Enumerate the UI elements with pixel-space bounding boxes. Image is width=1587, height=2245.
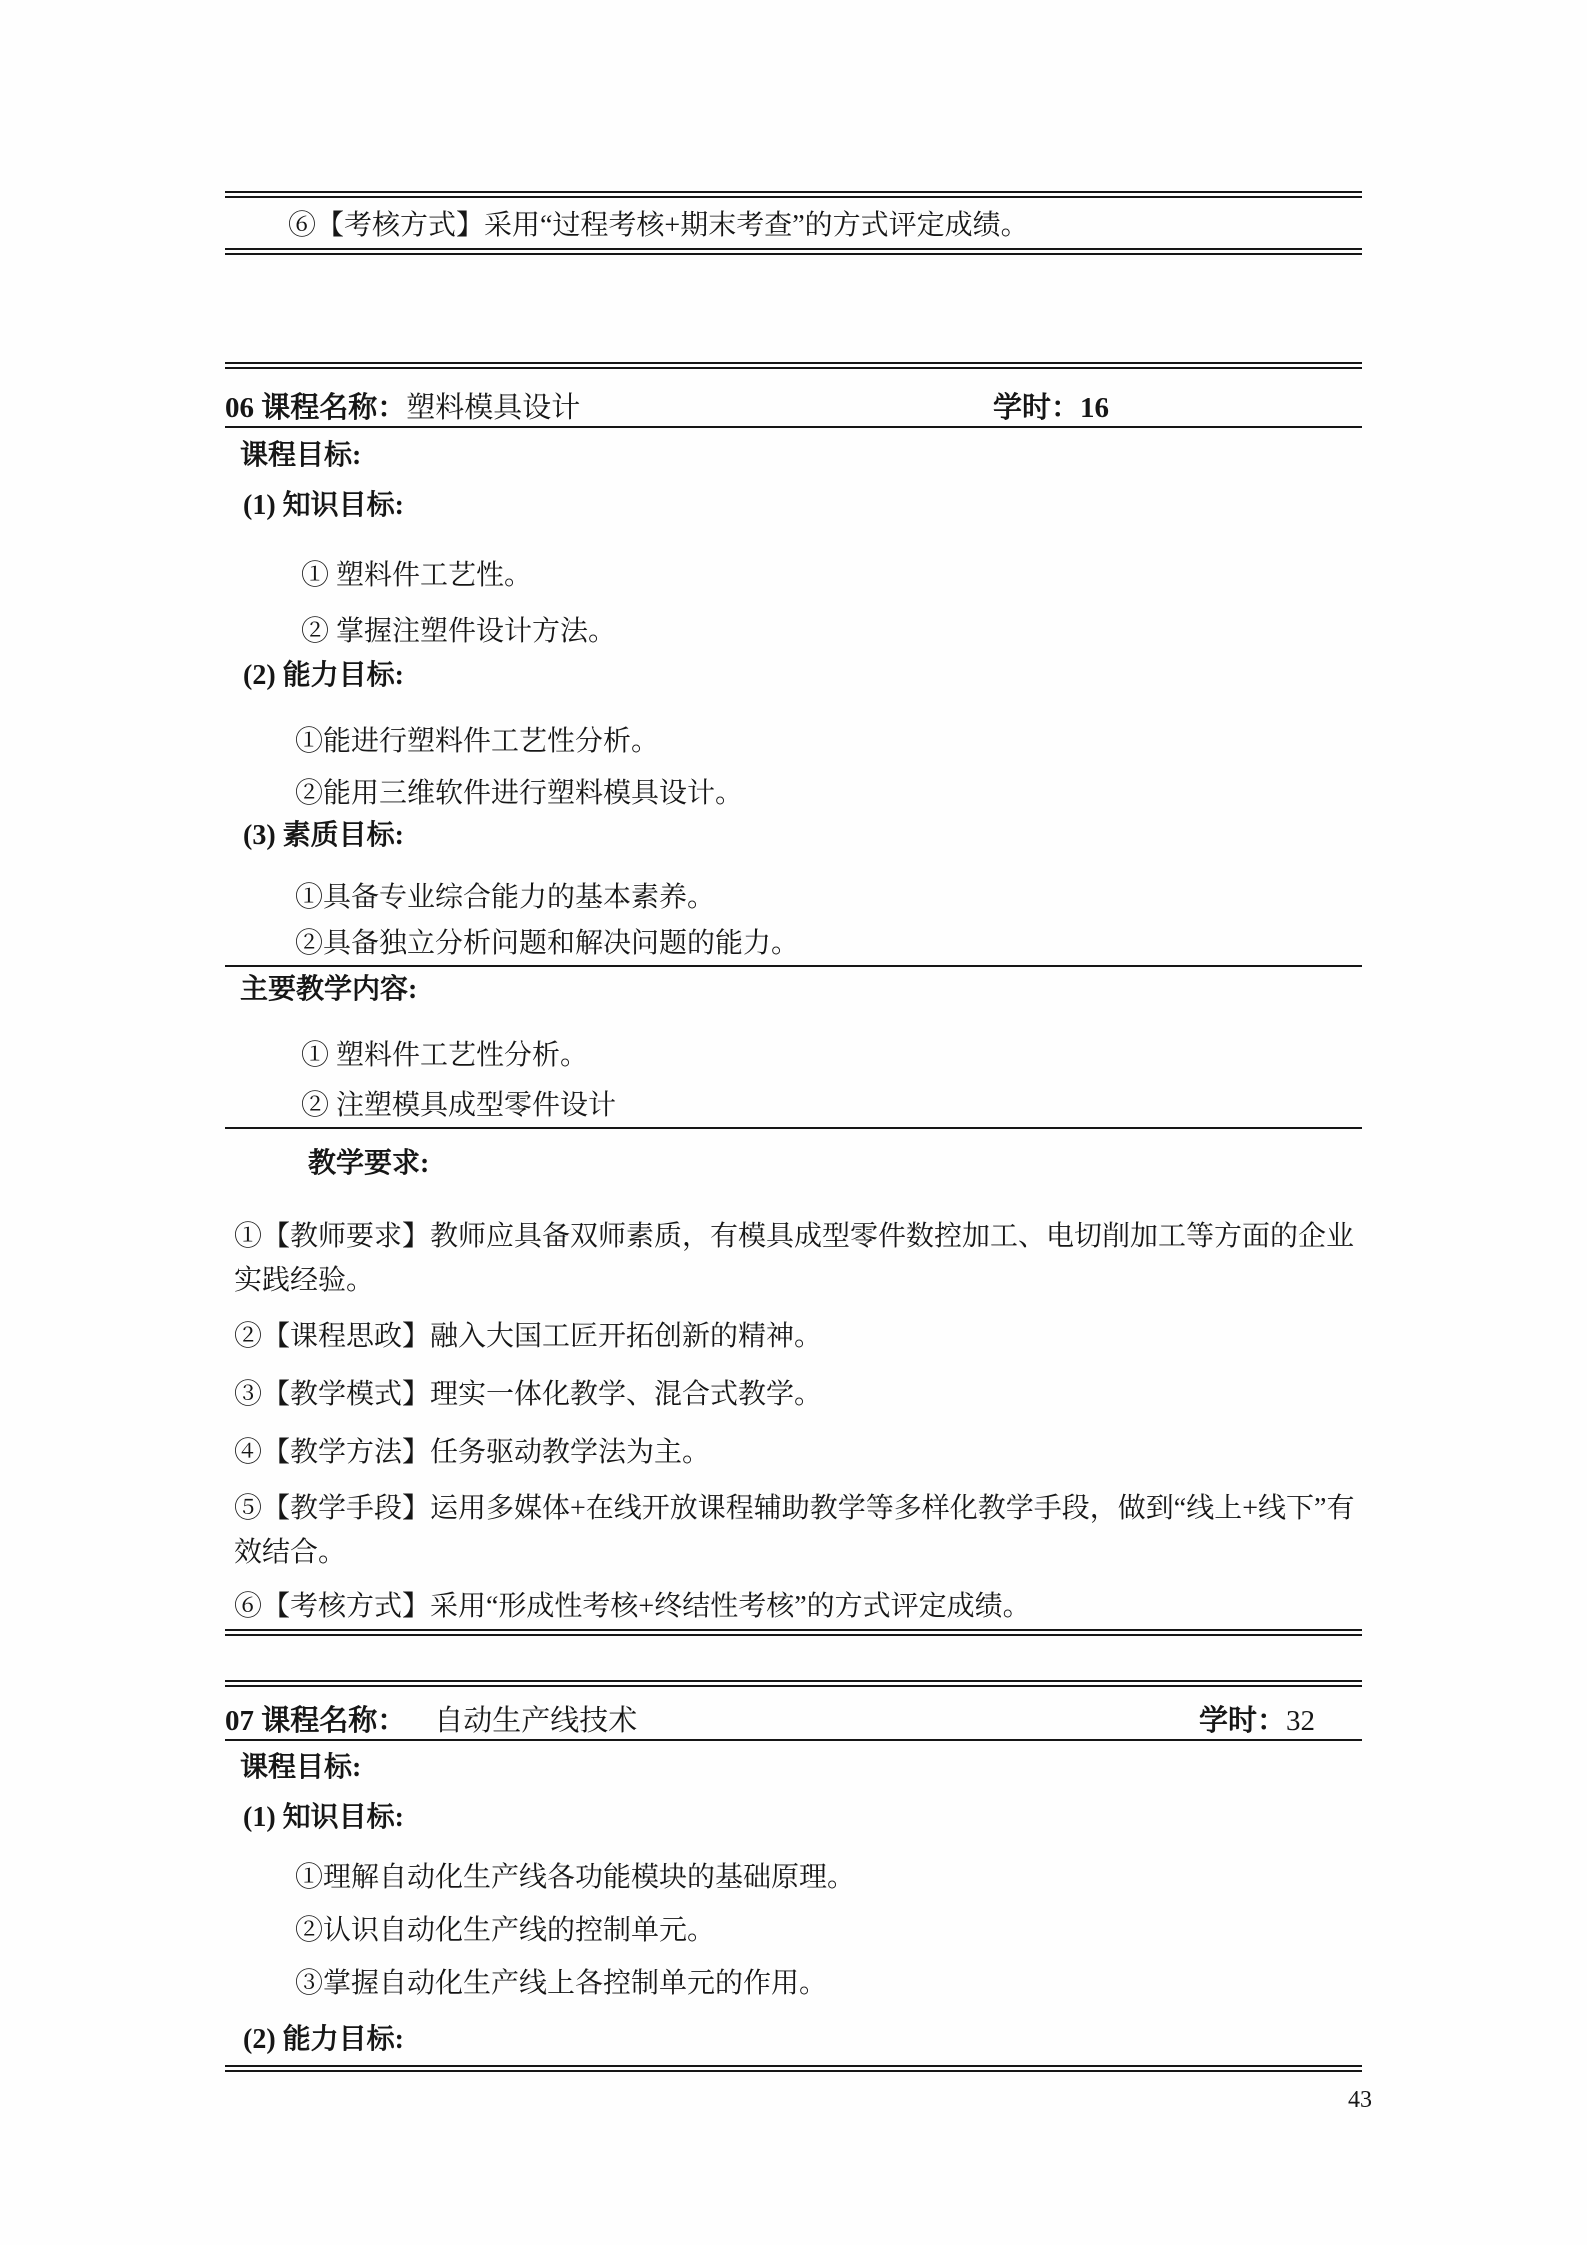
course-name: 自动生产线技术 <box>434 1705 637 1737</box>
knowledge-goals-heading: (1) 知识目标: <box>225 485 1362 527</box>
requirement-item: ①【教师要求】教师应具备双师素质，有模具成型零件数控加工、电切削加工等方面的企业… <box>225 1215 1362 1303</box>
divider-double <box>225 362 1362 369</box>
quality-item: ①具备专业综合能力的基本素养。 <box>225 877 1362 919</box>
content-item: ① 塑料件工艺性分析。 <box>225 1035 1362 1077</box>
teaching-content-heading: 主要教学内容: <box>225 969 1362 1011</box>
course-code-label: 07 课程名称： <box>225 1705 406 1737</box>
prev-course-assessment-item: ⑥【考核方式】采用“过程考核+期末考查”的方式评定成绩。 <box>225 205 1362 247</box>
document-page: ⑥【考核方式】采用“过程考核+期末考查”的方式评定成绩。 06 课程名称：塑料模… <box>0 0 1587 2245</box>
requirement-item: ⑥【考核方式】采用“形成性考核+终结性考核”的方式评定成绩。 <box>225 1585 1362 1629</box>
requirement-item: ③【教学模式】理实一体化教学、混合式教学。 <box>225 1373 1362 1417</box>
requirement-item: ④【教学方法】任务驱动教学法为主。 <box>225 1431 1362 1475</box>
page-number: 43 <box>1348 2086 1372 2114</box>
divider-double <box>225 1680 1362 1687</box>
course-code-label: 06 课程名称： <box>225 392 406 424</box>
course-hours: 学时：16 <box>993 390 1109 426</box>
ability-item: ①能进行塑料件工艺性分析。 <box>225 721 1362 763</box>
knowledge-item: ① 塑料件工艺性。 <box>225 555 1362 597</box>
divider-single <box>225 1739 1362 1741</box>
course-name: 塑料模具设计 <box>406 392 580 424</box>
content-item: ② 注塑模具成型零件设计 <box>225 1085 1362 1127</box>
divider-single <box>225 965 1362 967</box>
course-objectives-heading: 课程目标: <box>225 1747 1362 1789</box>
course-hours: 学时：32 <box>1199 1703 1315 1739</box>
knowledge-item: ③掌握自动化生产线上各控制单元的作用。 <box>225 1963 1362 2005</box>
knowledge-item: ②认识自动化生产线的控制单元。 <box>225 1910 1362 1952</box>
hours-label: 学时： <box>993 392 1080 424</box>
requirement-item: ②【课程思政】融入大国工匠开拓创新的精神。 <box>225 1315 1362 1359</box>
divider-double <box>225 248 1362 255</box>
divider-double <box>225 191 1362 198</box>
requirement-item: ⑤【教学手段】运用多媒体+在线开放课程辅助教学等多样化教学手段，做到“线上+线下… <box>225 1487 1362 1575</box>
hours-value: 32 <box>1286 1705 1315 1737</box>
ability-goals-heading: (2) 能力目标: <box>225 655 1362 697</box>
quality-item: ②具备独立分析问题和解决问题的能力。 <box>225 923 1362 965</box>
course-objectives-heading: 课程目标: <box>225 435 1362 477</box>
course-07-header: 07 课程名称：自动生产线技术 学时：32 <box>225 1703 1362 1739</box>
divider-double <box>225 2065 1362 2072</box>
knowledge-item: ①理解自动化生产线各功能模块的基础原理。 <box>225 1857 1362 1899</box>
hours-label: 学时： <box>1199 1705 1286 1737</box>
ability-item: ②能用三维软件进行塑料模具设计。 <box>225 773 1362 815</box>
ability-goals-heading: (2) 能力目标: <box>225 2019 1362 2061</box>
knowledge-item: ② 掌握注塑件设计方法。 <box>225 611 1362 653</box>
divider-single <box>225 1127 1362 1129</box>
course-06-header: 06 课程名称：塑料模具设计 学时：16 <box>225 390 1362 426</box>
knowledge-goals-heading: (1) 知识目标: <box>225 1797 1362 1839</box>
divider-double <box>225 1629 1362 1636</box>
hours-value: 16 <box>1080 392 1109 424</box>
page-content: ⑥【考核方式】采用“过程考核+期末考查”的方式评定成绩。 06 课程名称：塑料模… <box>225 0 1362 2072</box>
divider-single <box>225 426 1362 428</box>
teaching-requirements-heading: 教学要求: <box>225 1143 1362 1185</box>
quality-goals-heading: (3) 素质目标: <box>225 815 1362 857</box>
